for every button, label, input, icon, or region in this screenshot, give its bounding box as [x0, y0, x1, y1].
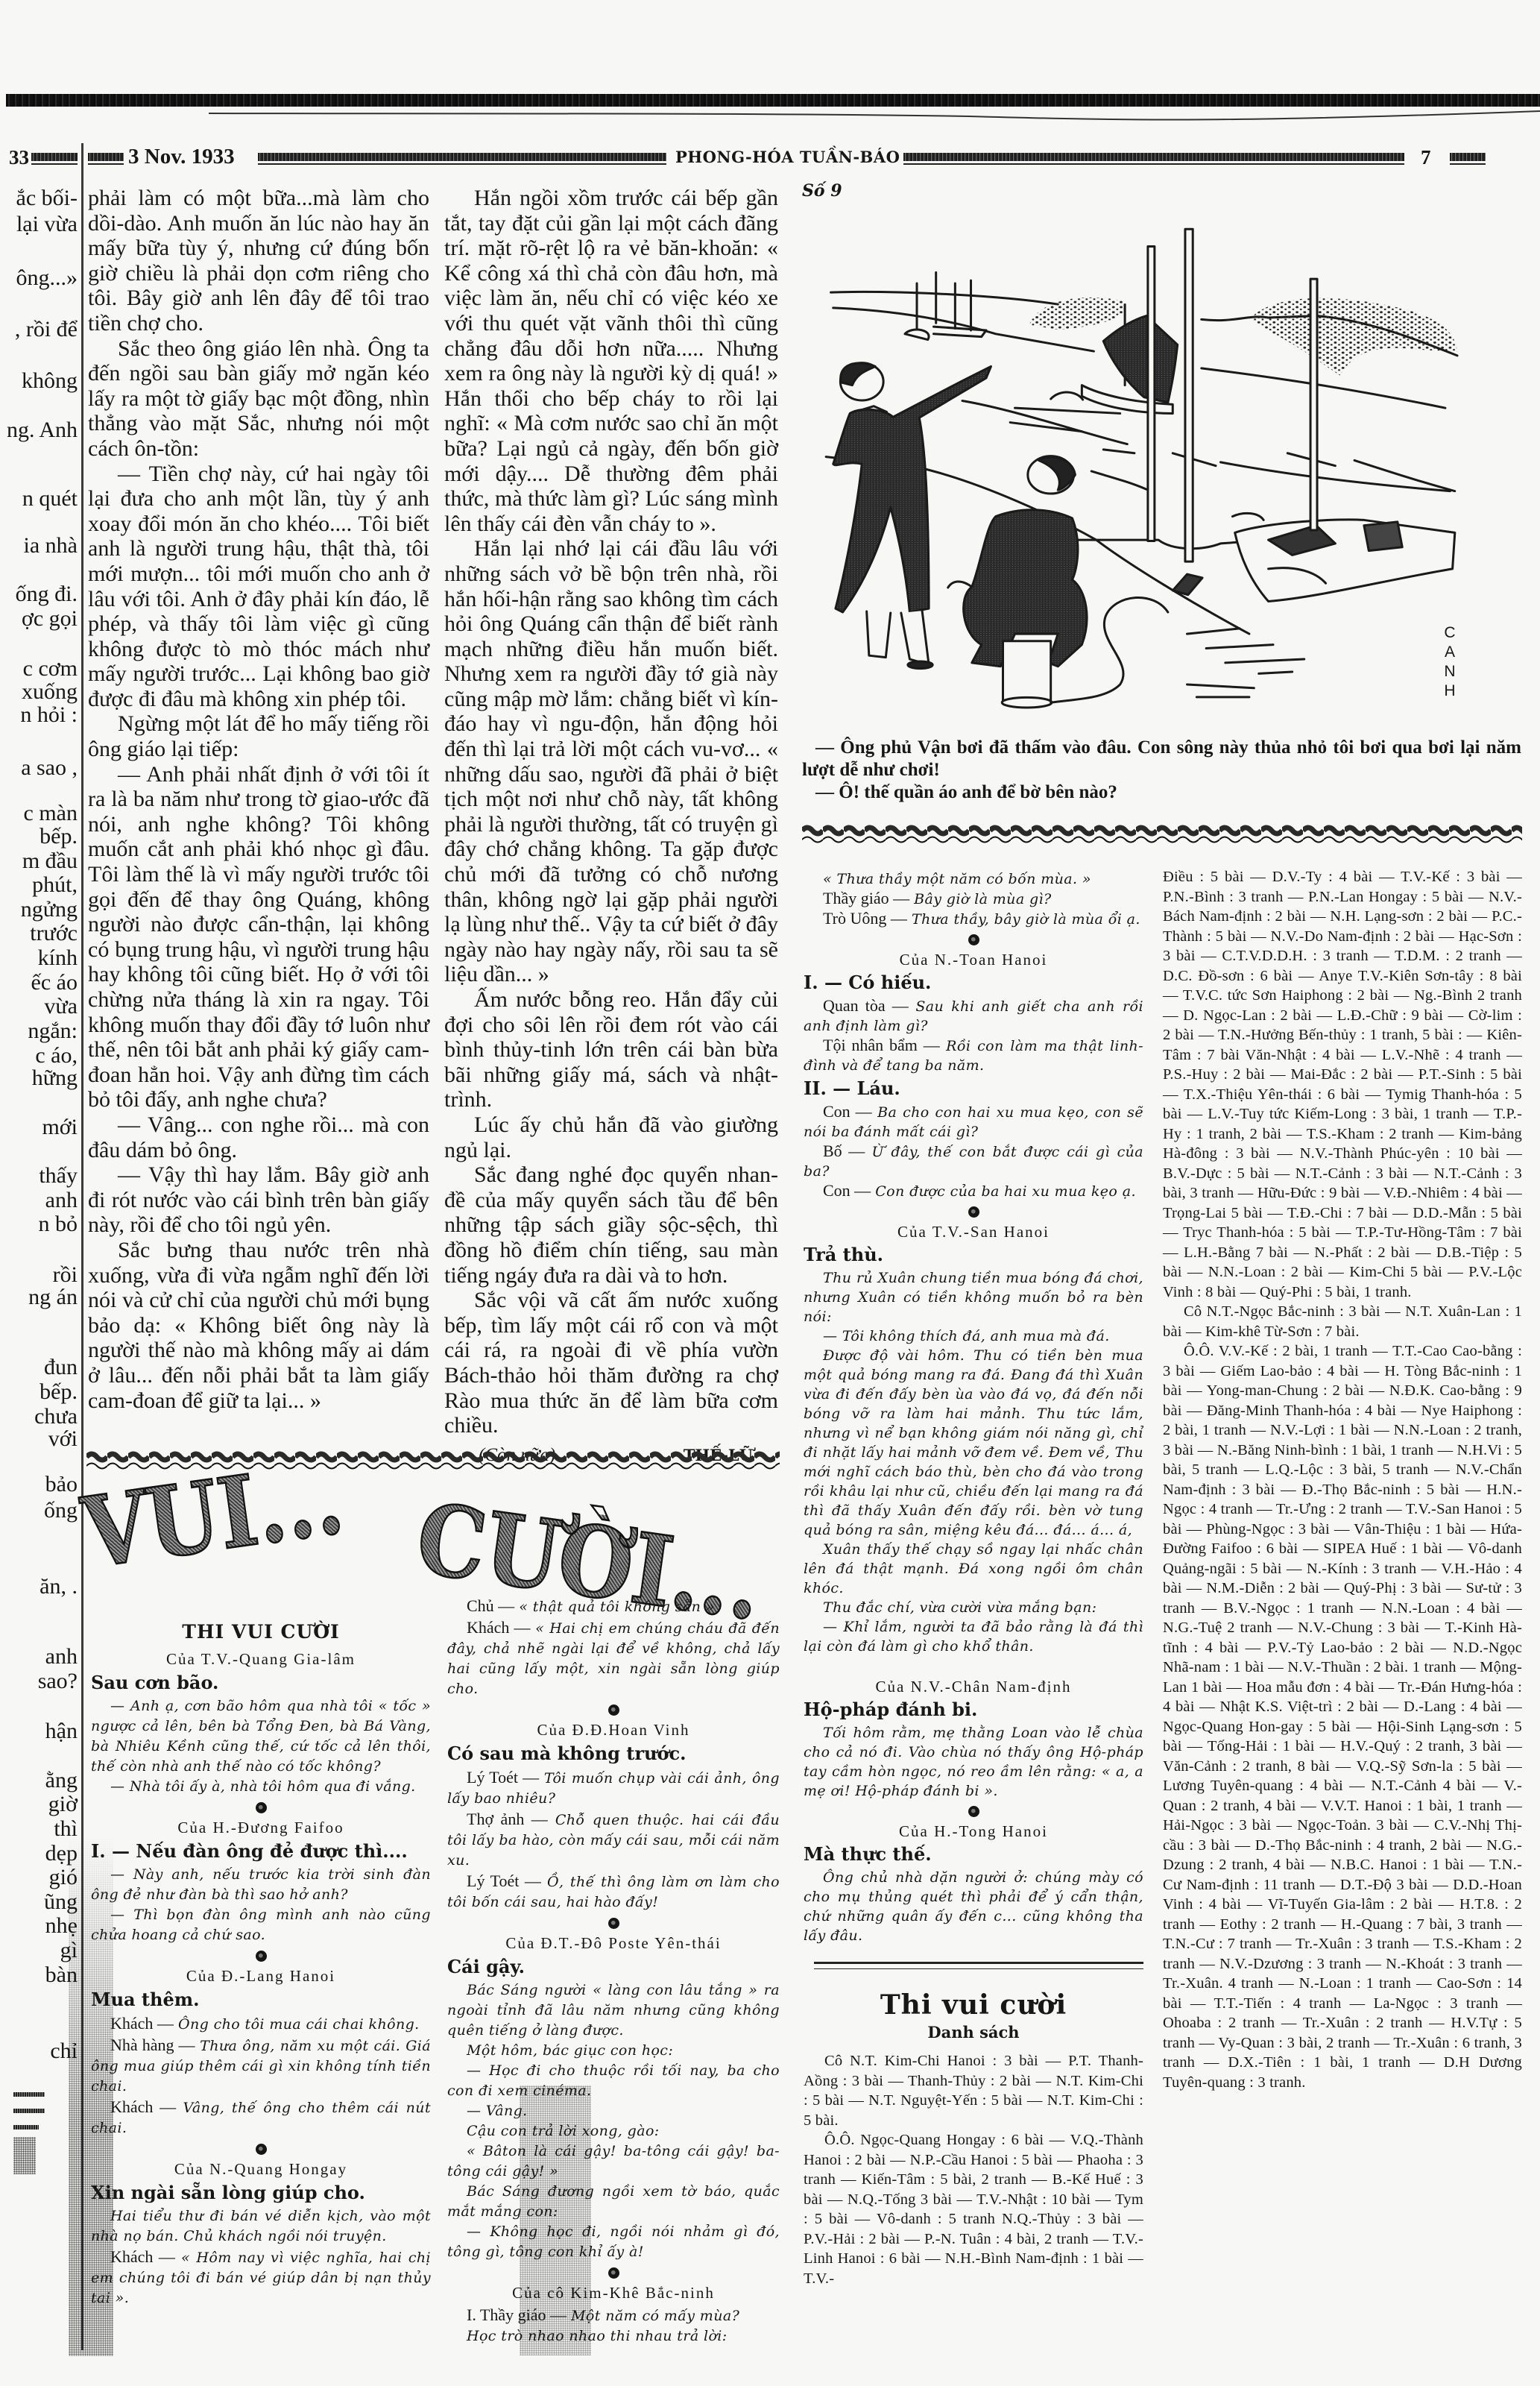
joke-line: — Học đi cho thuộc rồi tối nay, ba cho c… — [447, 2061, 780, 2101]
ornament-icon — [256, 1802, 267, 1813]
joke-line: — Thì bọn đàn ông mình anh nào cũng chửa… — [91, 1905, 431, 1945]
joke-title: II. — Láu. — [804, 1077, 1143, 1101]
margin-ornament — [13, 2109, 45, 2113]
text-fragment: đun — [44, 1355, 78, 1380]
joke-item: Của Đ.Đ.Hoan Vinh Có sau mà không trước.… — [447, 1720, 780, 1913]
joke-title: Trả thù. — [804, 1243, 1143, 1267]
joke-line: Thợ ảnh — Chỗ quen thuộc. hai cái đầu tô… — [447, 1809, 780, 1871]
story-paragraph: — Vậy thì hay lắm. Bây giờ anh đi rót nư… — [88, 1162, 429, 1238]
story-paragraph: Sắc vội vã cất ấm nước xuống bếp, tìm lấ… — [444, 1288, 778, 1438]
joke-item: II. — Láu. Con — Ba cho con hai xu mua k… — [804, 1077, 1143, 1201]
story-paragraph: Ấm nước bỗng reo. Hắn đẩy củi đợi cho sô… — [444, 987, 778, 1112]
joke-line: Hai tiểu thư đi bán vé diễn kịch, vào mộ… — [91, 2206, 431, 2247]
signature-letter: A — [1439, 643, 1460, 662]
joke-line: Bố — Ừ đây, thế con bắt được cái gì của … — [804, 1142, 1143, 1181]
joke-line: Khách — Ông cho tôi mua cái chai không. — [91, 2013, 431, 2035]
joke-line: — Không học đi, ngồi nói nhảm gì đó, tôn… — [447, 2222, 780, 2262]
ornament-icon — [968, 934, 979, 945]
signature-letter: N — [1439, 662, 1460, 682]
ornament-icon — [608, 1704, 619, 1716]
text-fragment: ợc gọi — [22, 606, 78, 632]
joke-line: Bác Sáng người « làng con lâu tắng » ra … — [447, 1980, 780, 2041]
joke-author: Của H.-Đương Faifoo — [91, 1818, 431, 1838]
joke-title: Cái gậy. — [447, 1955, 780, 1979]
squatting-man-figure — [948, 456, 1168, 708]
story-paragraph: Hắn ngồi xồm trước cái bếp gần tắt, tay … — [444, 186, 778, 536]
joke-title: I. — Có hiếu. — [804, 971, 1143, 995]
text-fragment: ống đi. — [16, 582, 78, 607]
story-column-1: phải làm có một bữa...mà làm cho dồi-dào… — [88, 186, 429, 1413]
joke-line: — Anh ạ, cơn bão hôm qua nhà tôi « tốc »… — [91, 1696, 431, 1777]
artist-signature: C A N H — [1439, 623, 1460, 701]
results-paragraph: Cô N.T. Kim-Chi Hanoi : 3 bài — P.T. Tha… — [804, 2051, 1143, 2130]
moored-boat — [1232, 513, 1454, 601]
wavy-divider — [802, 822, 1522, 847]
text-fragment: ếc áo — [31, 970, 78, 995]
scan-smudge — [520, 2086, 591, 2355]
results-paragraph: Điều : 5 bài — D.V.-Ty : 4 bài — T.V.-Kế… — [1163, 867, 1522, 1302]
cartoon-illustration — [790, 164, 1540, 731]
joke-author: Của T.V.-Quang Gia-lâm — [91, 1649, 431, 1669]
story-paragraph: Sắc bưng thau nước trên nhà xuống, vừa đ… — [88, 1238, 429, 1413]
text-fragment: giờ — [48, 1792, 78, 1817]
joke-title: Có sau mà không trước. — [447, 1742, 780, 1766]
joke-line: Khách — « Hôm nay vì việc nghĩa, hai chị… — [91, 2247, 431, 2308]
text-fragment: ống — [44, 1498, 78, 1523]
joke-title: Hộ-pháp đánh bi. — [804, 1698, 1143, 1722]
ornament-icon — [608, 2267, 619, 2279]
joke-line: Ông chủ nhà dặn người ở: chúng mày có ch… — [804, 1868, 1143, 1945]
story-paragraph: Lúc ấy chủ hắn đã vào giường ngủ lại. — [444, 1112, 778, 1162]
joke-line: Quan tòa — Sau khi anh giết cha anh rồi … — [804, 996, 1143, 1036]
text-fragment: c cơm — [23, 656, 78, 682]
results-paragraph: Cô N.T.-Ngọc Bắc-ninh : 3 bài — N.T. Xuâ… — [1163, 1302, 1522, 1341]
joke-author: Của H.-Tong Hanoi — [804, 1822, 1143, 1841]
joke-item: Của N.-Toan Hanoi I. — Có hiếu. Quan tòa… — [804, 950, 1143, 1075]
text-fragment: vừa — [44, 994, 78, 1019]
text-fragment: anh — [45, 1644, 78, 1669]
text-fragment: bếp. — [40, 824, 78, 849]
joke-item: Của T.V.-Quang Gia-lâm Sau cơn bão. — An… — [91, 1649, 431, 1797]
joke-line: Xuân thấy thế chạy sồ ngay lại nhấc chân… — [804, 1540, 1143, 1598]
cartoon-caption: — Ông phủ Vận bơi đã thấm vào đâu. Con s… — [802, 737, 1521, 804]
story-paragraph: Sắc theo ông giáo lên nhà. Ông ta đến ng… — [88, 336, 429, 462]
issue-date: 3 Nov. 1933 — [128, 145, 235, 169]
ornament-icon — [968, 1806, 979, 1817]
jokes-column-c: « Thưa thầy một năm có bốn mùa. » Thầy g… — [804, 869, 1143, 2288]
joke-line: Chủ — « thật quả tôi không sẵn » — [447, 1596, 780, 1617]
text-fragment: không — [22, 368, 78, 394]
text-fragment: trước — [30, 921, 78, 946]
results-list-continued: Điều : 5 bài — D.V.-Ty : 4 bài — T.V.-Kế… — [1163, 867, 1522, 2092]
joke-author: Của N.V.-Chân Nam-định — [804, 1677, 1143, 1696]
jokes-column-b: Chủ — « thật quả tôi không sẵn » Khách —… — [447, 1596, 780, 2346]
joke-line: — Khỉ lắm, người ta đã bảo rằng là đá th… — [804, 1617, 1143, 1656]
ornament-icon — [256, 1951, 267, 1962]
text-fragment: hững — [32, 1065, 78, 1091]
joke-line: — Vâng. — [447, 2101, 780, 2121]
story-paragraph: Ngừng một lát để ho mấy tiếng rồi ông gi… — [88, 711, 429, 761]
joke-title: Sau cơn bão. — [91, 1671, 431, 1695]
caption-line: — Ô! thế quần áo anh để bờ bên nào? — [802, 781, 1521, 804]
joke-item: Của H.-Tong Hanoi Mà thực thế. Ông chủ n… — [804, 1822, 1143, 1945]
poles — [1148, 229, 1317, 561]
text-fragment: ằng — [45, 1768, 78, 1793]
joke-line: Một hôm, bác giục con học: — [447, 2041, 780, 2061]
top-black-band — [6, 94, 1540, 107]
top-wavy-line — [0, 106, 1540, 128]
joke-line: Con — Ba cho con hai xu mua kẹo, con sẽ … — [804, 1102, 1143, 1142]
previous-page-fragments: ắc bối- lại vừa ông...» , rồi để không n… — [0, 0, 78, 2386]
text-fragment: ng án — [28, 1285, 78, 1310]
double-rule — [814, 1962, 1143, 1969]
ornament-icon — [256, 2144, 267, 2155]
joke-line: Trò Uông — Thưa thầy, bây giờ là mùa ổi … — [804, 909, 1143, 929]
joke-item: Của Đ.T.-Đô Poste Yên-thái Cái gậy. Bác … — [447, 1933, 780, 2262]
text-fragment: kính — [38, 945, 78, 971]
text-fragment: bếp. — [40, 1379, 78, 1405]
text-fragment: mới — [42, 1115, 78, 1140]
text-fragment: n hỏi : — [20, 702, 78, 728]
joke-title: I. — Nếu đàn ông đẻ được thì.... — [91, 1839, 431, 1863]
story-paragraph: — Anh phải nhất định ở với tôi ít ra là … — [88, 762, 429, 1112]
joke-author: Của N.-Toan Hanoi — [804, 950, 1143, 969]
text-fragment: thấy — [39, 1163, 78, 1189]
text-fragment: rồi — [53, 1262, 78, 1288]
story-paragraph: — Tiền chợ này, cứ hai ngày tôi lại đưa … — [88, 462, 429, 712]
joke-item: Của N.-Quang Hongay Xin ngài sẵn lòng gi… — [91, 2159, 431, 2308]
joke-line: Tối hôm rằm, mẹ thằng Loan vào lễ chùa c… — [804, 1723, 1143, 1801]
joke-line: Được độ vài hôm. Thu có tiền bèn mua một… — [804, 1346, 1143, 1540]
header-rule — [903, 153, 1404, 161]
joke-line: Con — Con được của ba hai xu mua kẹo ạ. — [804, 1181, 1143, 1201]
results-paragraph: Ô.Ô. Ngọc-Quang Hongay : 6 bài — V.Q.-Th… — [804, 2130, 1143, 2288]
text-fragment: ăn, . — [40, 1574, 78, 1599]
joke-line: Thu đắc chí, vừa cười vừa mắng bạn: — [804, 1598, 1143, 1617]
trees-icon — [1029, 298, 1457, 376]
joke-line: Nhà hàng — Thưa ông, năm xu một cái. Giá… — [91, 2035, 431, 2097]
text-fragment: hận — [45, 1719, 78, 1744]
header-rule — [258, 153, 666, 161]
joke-line: — Nhà tôi ấy à, nhà tôi hôm qua đi vắng. — [91, 1777, 431, 1797]
text-fragment: chưa — [34, 1404, 78, 1429]
joke-line: Cậu con trả lời xong, gào: — [447, 2121, 780, 2141]
signature-letter: C — [1439, 623, 1460, 643]
text-fragment: phút, — [32, 872, 78, 898]
text-fragment: c màn — [24, 801, 78, 826]
joke-author: Của Đ.Đ.Hoan Vinh — [447, 1720, 780, 1740]
text-fragment: m đầu — [22, 849, 78, 874]
story-paragraph: — Vâng... con nghe rồi... mà con đâu dám… — [88, 1112, 429, 1162]
joke-item: Của T.V.-San Hanoi Trả thù. Thu rủ Xuân … — [804, 1222, 1143, 1656]
joke-item: Của N.V.-Chân Nam-định Hộ-pháp đánh bi. … — [804, 1677, 1143, 1801]
text-fragment: c áo, — [35, 1043, 78, 1068]
section-heading: THI VUI CƯỜI — [91, 1619, 431, 1645]
joke-item: Của H.-Đương Faifoo I. — Nếu đàn ông đẻ … — [91, 1818, 431, 1945]
joke-title: Mua thêm. — [91, 1988, 431, 2012]
joke-line: — Này anh, nếu trước kia trời sinh đàn ô… — [91, 1865, 431, 1905]
joke-line: — Tôi không thích đá, anh mua mà đá. — [804, 1326, 1143, 1346]
margin-ornament — [13, 2092, 45, 2097]
jokes-column-a: THI VUI CƯỜI Của T.V.-Quang Gia-lâm Sau … — [91, 1619, 431, 2308]
text-fragment: sao? — [38, 1669, 78, 1694]
text-fragment: n bỏ — [39, 1212, 78, 1237]
joke-line: Tội nhân bẩm — Rồi con làm ma thật linh-… — [804, 1036, 1143, 1075]
margin-ornament — [13, 2125, 39, 2130]
joke-author: Của cô Kim-Khê Bắc-ninh — [447, 2283, 780, 2303]
distant-boats — [905, 272, 986, 339]
joke-line: Lý Toét — Ồ, thế thì ông làm ơn làm cho … — [447, 1871, 780, 1913]
caption-line: — Ông phủ Vận bơi đã thấm vào đâu. Con s… — [802, 737, 1521, 781]
text-fragment: ông...» — [16, 265, 78, 291]
text-fragment: , rồi để — [15, 317, 78, 342]
results-paragraph: Ô.Ô. V.V.-Kế : 2 bài, 1 tranh — T.T.-Cao… — [1163, 1341, 1522, 2092]
results-subtitle: Danh sách — [804, 2021, 1143, 2044]
text-fragment: xuống — [22, 679, 78, 705]
joke-author: Của N.-Quang Hongay — [91, 2159, 431, 2179]
joke-author: Của Đ.-Lang Hanoi — [91, 1966, 431, 1986]
margin-ornament — [13, 2137, 36, 2174]
joke-line: Khách — « Hai chị em chúng cháu đã đến đ… — [447, 1617, 780, 1699]
joke-line: Thu rủ Xuân chung tiền mua bóng đá chơi,… — [804, 1268, 1143, 1326]
joke-item: Của cô Kim-Khê Bắc-ninh I. Thầy giáo — M… — [447, 2283, 780, 2346]
joke-line: Học trò nhao nhao thi nhau trả lời: — [447, 2326, 780, 2346]
header-rule — [88, 153, 124, 161]
joke-item-continued: « Thưa thầy một năm có bốn mùa. » Thầy g… — [804, 869, 1143, 929]
joke-title: Mà thực thế. — [804, 1842, 1143, 1866]
ornament-icon — [608, 1918, 619, 1929]
text-fragment: ia nhà — [24, 533, 78, 558]
joke-line: Lý Toét — Tôi muốn chụp vài cái ảnh, ông… — [447, 1767, 780, 1809]
text-fragment: ắc bối- — [16, 186, 78, 211]
joke-line: Thầy giáo — Bây giờ là mùa gì? — [804, 889, 1143, 909]
joke-item: Của Đ.-Lang Hanoi Mua thêm. Khách — Ông … — [91, 1966, 431, 2138]
joke-author: Của Đ.T.-Đô Poste Yên-thái — [447, 1933, 780, 1954]
story-paragraph: Hắn lại nhớ lại cái đầu lâu với những sá… — [444, 536, 778, 987]
joke-author: Của T.V.-San Hanoi — [804, 1222, 1143, 1241]
text-fragment: ng. Anh — [7, 418, 78, 443]
text-fragment: ngắn: — [28, 1019, 78, 1044]
text-fragment: anh — [45, 1188, 78, 1213]
text-fragment: bảo — [45, 1472, 78, 1497]
joke-title: Xin ngài sẵn lòng giúp cho. — [91, 2181, 431, 2205]
joke-line: I. Thầy giáo — Một năm có mấy mùa? — [447, 2305, 780, 2326]
joke-line: « Bâton là cái gậy! ba-tông cái gậy! ba-… — [447, 2141, 780, 2182]
signature-letter: H — [1439, 682, 1460, 701]
joke-line: Bác Sáng đương ngồi xem tờ báo, quắc mắt… — [447, 2182, 780, 2222]
joke-line: « Thưa thầy một năm có bốn mùa. » — [804, 869, 1143, 889]
text-fragment: lại vừa — [16, 212, 78, 237]
joke-line: Khách — Vâng, thế ông cho thêm cái nút c… — [91, 2097, 431, 2138]
story-paragraph: phải làm có một bữa...mà làm cho dồi-dào… — [88, 186, 429, 336]
text-fragment: n quét — [22, 486, 78, 511]
results-title: Thi vui cười — [804, 1989, 1143, 2021]
text-fragment: với — [48, 1426, 78, 1452]
story-paragraph: Sắc đang nghé đọc quyển nhan-đề của mấy … — [444, 1162, 778, 1288]
story-column-2: Hắn ngồi xồm trước cái bếp gần tắt, tay … — [444, 186, 778, 1467]
joke-item-continued: Chủ — « thật quả tôi không sẵn » Khách —… — [447, 1596, 780, 1699]
text-fragment: a sao , — [21, 755, 78, 781]
text-fragment: ngửng — [21, 897, 78, 922]
ornament-icon — [968, 1206, 979, 1218]
header-rule — [1450, 153, 1486, 161]
spacer — [804, 1656, 1143, 1672]
results-list: Cô N.T. Kim-Chi Hanoi : 3 bài — P.T. Tha… — [804, 2051, 1143, 2288]
